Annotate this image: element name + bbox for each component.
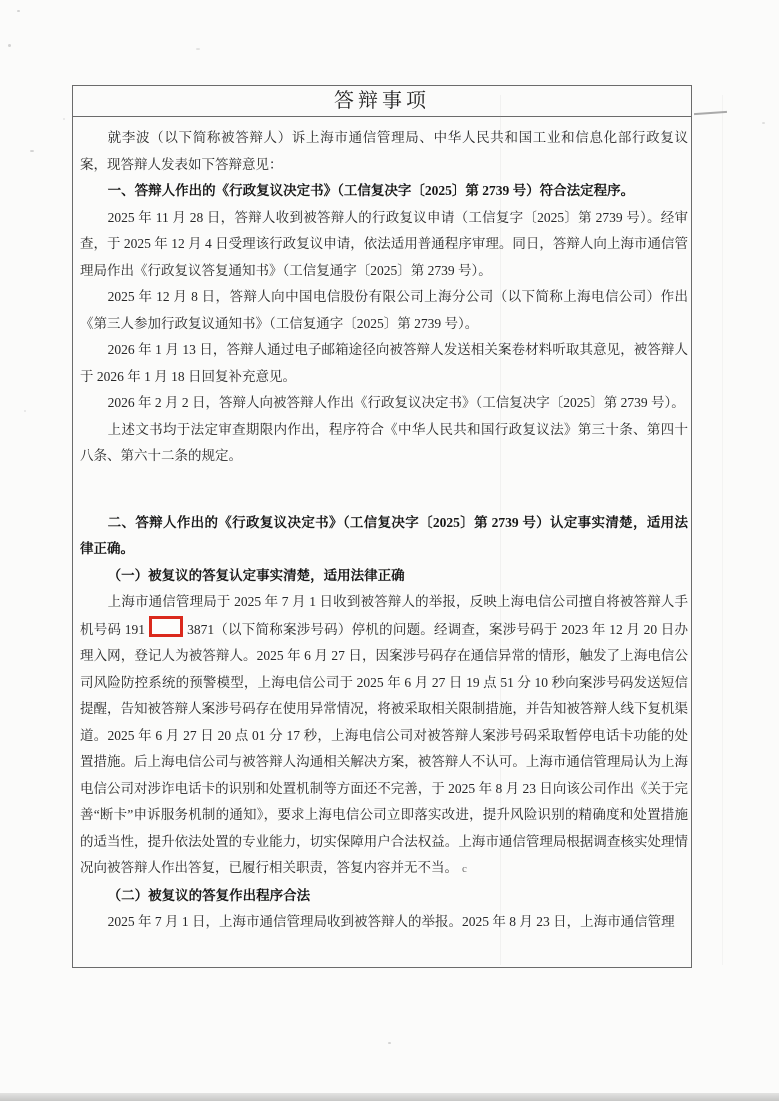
document-body: 就李波（以下简称被答辩人）诉上海市通信管理局、中华人民共和国工业和信息化部行政复… (73, 117, 691, 936)
para-application-received: 2025 年 11 月 28 日，答辩人收到被答辩人的行政复议申请（工信复字〔2… (80, 205, 688, 285)
para-decision-issued: 2026 年 2 月 2 日，答辩人向被答辩人作出《行政复议决定书》（工信复决字… (80, 390, 688, 417)
para-procedure: 2025 年 7 月 1 日，上海市通信管理局收到被答辩人的举报。2025 年 … (80, 909, 688, 936)
phone-number-redaction-box (149, 616, 183, 637)
scan-speck (8, 44, 11, 47)
scan-speck (762, 122, 765, 124)
document-frame: 答辩事项 就李波（以下简称被答辩人）诉上海市通信管理局、中华人民共和国工业和信息… (72, 85, 692, 968)
facts-text-after: 3871（以下简称案涉号码）停机的问题。经调查，案涉号码于 2023 年 12 … (80, 622, 688, 876)
para-intro: 就李波（以下简称被答辩人）诉上海市通信管理局、中华人民共和国工业和信息化部行政复… (80, 125, 688, 178)
scan-speck (30, 150, 34, 152)
document-title: 答辩事项 (73, 86, 691, 117)
scan-trailing-mark: c (462, 863, 467, 875)
scanned-page: 答辩事项 就李波（以下简称被答辩人）诉上海市通信管理局、中华人民共和国工业和信息… (0, 0, 779, 1101)
para-legal-deadline: 上述文书均于法定审查期限内作出，程序符合《中华人民共和国行政复议法》第三十条、第… (80, 417, 688, 470)
heading-subsection-2: （二）被复议的答复作出程序合法 (80, 883, 688, 910)
scan-speck (196, 48, 200, 50)
scan-speck (388, 1042, 391, 1044)
heading-section-2: 二、答辩人作出的《行政复议决定书》（工信复决字〔2025〕第 2739 号）认定… (80, 510, 688, 563)
para-third-party-notice: 2025 年 12 月 8 日，答辩人向中国电信股份有限公司上海分公司（以下简称… (80, 284, 688, 337)
heading-subsection-1: （一）被复议的答复认定事实清楚，适用法律正确 (80, 563, 688, 590)
scan-speck (24, 410, 26, 412)
scan-fold-line (722, 95, 723, 965)
scan-speck (17, 10, 20, 12)
scan-speck (63, 118, 65, 120)
para-facts: 上海市通信管理局于 2025 年 7 月 1 日收到被答辩人的举报，反映上海电信… (80, 589, 688, 883)
heading-section-1: 一、答辩人作出的《行政复议决定书》（工信复决字〔2025〕第 2739 号）符合… (80, 178, 688, 205)
scan-fold-line (500, 95, 501, 965)
scan-bottom-edge (0, 1093, 779, 1101)
para-email-materials: 2026 年 1 月 13 日，答辩人通过电子邮箱途径向被答辩人发送相关案卷材料… (80, 337, 688, 390)
